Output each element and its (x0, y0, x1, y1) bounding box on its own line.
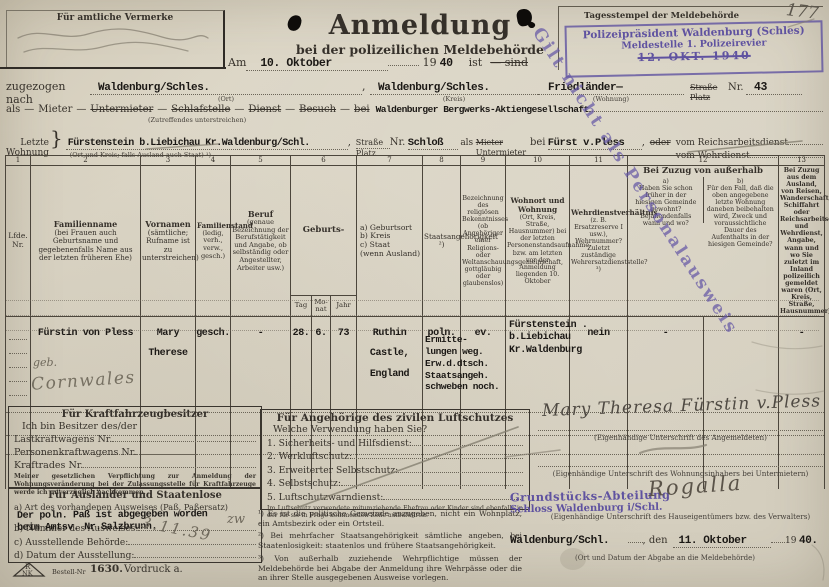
form-title: Anmeldung (285, 12, 555, 39)
owner-signature-caption: (Eigenhändige Unterschrift des Hauseigen… (538, 512, 823, 521)
registrant-signature-caption: (Eigenhändige Unterschrift des Angemelde… (538, 433, 823, 442)
air-raid-item-3: 3. Erweiterter Selbstschutz: (267, 465, 398, 476)
year-prefix-2: 19 (785, 536, 799, 546)
submission-date-value: 11. Oktober (673, 535, 771, 548)
move-date-value: 10. Oktober (246, 57, 388, 71)
comma: , (642, 137, 650, 148)
wohnung-caption: (Wohnung) (538, 95, 684, 103)
guide-line (6, 315, 819, 316)
order-number: 1630. (90, 563, 123, 575)
form-title-block: Anmeldung bei der polizeilichen Meldebeh… (285, 12, 555, 57)
als-label: als (6, 104, 20, 115)
footnote-2: ²) Bei mehrfacher Staatsangehörigkeit sä… (258, 531, 522, 550)
besuch-option-struck: Besuch (299, 104, 336, 115)
header-monat: Mo- nat (312, 295, 331, 316)
header-bekenntnis: Bezeichnung des religiösen Bekenntnisses… (461, 166, 506, 317)
signature-line (538, 466, 823, 467)
dienst-option-struck: Dienst (248, 104, 281, 115)
header-zuzug-b: b) Für den Fall, daß die oben angegebene… (703, 177, 778, 223)
platz-label: Platz (690, 93, 728, 103)
air-raid-item-4: 4. Selbstschutz: (267, 478, 341, 489)
handwritten-initials: zw (227, 512, 245, 527)
als2-label: als (458, 138, 476, 148)
issuing-authority-label: c) Ausstellende Behörde: (14, 538, 128, 548)
official-notes-box: Für amtliche Vermerke (6, 10, 225, 68)
daystamp-label: Tagesstempel der Meldebehörde (584, 11, 739, 21)
tenancy-line: als — Mieter — Untermieter — Schlafstell… (6, 104, 823, 115)
air-raid-item-5: 5. Luftschutzwarndienst: (267, 492, 383, 503)
underline-instruction: (Zutreffendes unterstreichen) (148, 116, 246, 124)
rnk-publisher-logo: R NK (12, 560, 46, 578)
vom-rad-label: vom Reichsarbeitsdienst (676, 137, 788, 150)
car-label: Personenkraftwagens Nr. (14, 447, 136, 458)
order-label: Bestell-Nr (52, 568, 86, 576)
header-vornamen: Vornamen(sämtliche; Rufname ist zu unter… (141, 166, 196, 317)
bei2-label: bei (528, 137, 548, 148)
header-tag: Tag (291, 295, 312, 316)
am-label: Am (228, 56, 246, 69)
house-number-value: 43 (746, 81, 802, 95)
ort-caption: (Ort) (90, 95, 362, 103)
header-beruf: Beruf(genaue Bezeichnung der Berufstätig… (231, 166, 291, 317)
new-kreis-field: Waldenburg/Schles. (Kreis) (370, 82, 538, 95)
new-place-value: Waldenburg/Schles. (90, 82, 362, 95)
column-number-row: 1 2 3 4 5 6 7 8 9 10 11 12 13 (6, 156, 825, 166)
header-ausland: Bei Zuzug aus dem Ausland, von Reisen, W… (779, 166, 825, 317)
strasse2-label: Straße (356, 138, 390, 149)
handwritten-page-number: 177 (785, 0, 820, 24)
truck-label: Lastkraftwagens Nr. (14, 434, 112, 445)
official-notes-label: Für amtliche Vermerke (7, 11, 223, 23)
vehicle-owner-box: Für Kraftfahrzeugbesitzer Ich bin Besitz… (8, 406, 262, 489)
form-subtitle: bei der polizeilichen Meldebehörde (285, 42, 555, 57)
header-wohnort: Wohnort und Wohnung(Ort, Kreis, Straße, … (506, 166, 570, 317)
last-address-value: Fürstenstein b.Liebichau Kr.Waldenburg/S… (66, 138, 348, 150)
year-prefix: 19 (423, 56, 437, 69)
untermieter-option-struck: Untermieter (90, 104, 153, 115)
bei-label-struck: bei (354, 104, 370, 115)
moved-to-label: zugezogen nach (6, 80, 90, 106)
header-geburts: Geburts- (291, 166, 357, 296)
air-raid-item-1: 1. Sicherheits- und Hilfsdienst: (267, 438, 412, 449)
form-variant-label: Vordruck a. (124, 564, 183, 575)
submission-place-date-line: Waldenburg/Schl. , den 11. Oktober 19 40… (510, 535, 823, 548)
new-kreis-value: Waldenburg/Schles. (370, 82, 538, 95)
registration-date-line: Am 10. Oktober 19 40 ist — sind (228, 56, 528, 71)
header-familienstand: Familienstand(ledig, verh., verw., gesch… (196, 166, 231, 317)
air-raid-question: Welche Verwendung haben Sie? (273, 424, 523, 435)
nr-label: Nr. (728, 82, 746, 93)
paper-smudge (560, 548, 586, 570)
last-street-value: Schloß (408, 137, 458, 150)
footnote-1: ¹) Es ist die politische Gemeinde anzuge… (258, 509, 522, 528)
top-rule (558, 6, 823, 7)
official-notes-box-bottom-rule (0, 67, 226, 69)
schlafstelle-option-struck: Schlafstelle (171, 104, 230, 115)
nr2-label: Nr. (390, 137, 408, 148)
manager-signature: Rogalla (647, 471, 743, 502)
mieter2-struck: Mieter (476, 138, 528, 148)
header-staatsangehoerigkeit: Staatsangehörigkeit ²) (423, 166, 461, 317)
footnotes: ¹) Es ist die politische Gemeinde anzuge… (258, 509, 522, 586)
strasse-label: Straße (690, 83, 728, 93)
moved-to-line: zugezogen nach Waldenburg/Schles. (Ort) … (6, 80, 823, 106)
brace-glyph: } (50, 126, 63, 150)
submission-place-value: Waldenburg/Schl. (510, 535, 628, 547)
new-landlord-value: Waldenburger Bergwerks-Aktiengesellschaf… (376, 104, 589, 115)
motorcycle-label: Kraftrades Nr. (14, 460, 83, 471)
guide-line (6, 300, 819, 301)
air-raid-title: Für Angehörige des zivilen Luftschutzes (267, 412, 523, 424)
ist-label: ist (469, 56, 483, 69)
air-raid-box: Für Angehörige des zivilen Luftschutzes … (260, 409, 530, 510)
handwritten-maiden-name: Cornwales (30, 368, 140, 396)
signature-line (538, 430, 823, 431)
footnote-3: ³) Von außerhalb zuziehende Wehrpflichti… (258, 554, 522, 583)
police-stamp: Polizeipräsident Waldenburg (Schles) Mel… (564, 20, 823, 77)
svg-text:NK: NK (22, 570, 33, 578)
kreis-caption: (Kreis) (370, 95, 538, 103)
mieter-option: Mieter (38, 104, 72, 115)
strasse-platz-labels: Straße Platz (690, 83, 728, 102)
header-familienname: Familienname(bei Frauen auch Geburtsname… (31, 166, 141, 317)
header-jahr: Jahr (331, 295, 357, 316)
last-address-field: Fürstenstein b.Liebichau Kr.Waldenburg/S… (66, 138, 348, 150)
sind-label-struck: — sind (490, 56, 528, 69)
new-place-field: Waldenburg/Schles. (Ort) (90, 82, 362, 95)
foreigner-box-title: Für Ausländer und Staatenlose (14, 490, 256, 501)
submission-year-value: 40. (799, 535, 823, 547)
anmeldung-registration-form: Für amtliche Vermerke Anmeldung bei der … (0, 0, 829, 587)
guide-line (6, 330, 819, 331)
header-geburtsort: a) Geburtsort b) Kreis c) Staat (wenn Au… (357, 166, 423, 317)
vehicle-box-title: Für Kraftfahrzeugbesitzer (14, 409, 256, 420)
oder-label-struck: oder (650, 138, 676, 148)
air-raid-item-2: 2. Werkluftschutz: (267, 451, 352, 462)
header-lfde-nr: Lfde. Nr. (6, 166, 31, 317)
year-value: 40 (440, 57, 453, 70)
last-landlord-value: Fürst v.Pless (548, 137, 642, 150)
vehicle-intro: Ich bin Besitzer des/der (22, 421, 256, 432)
header-wehrdienst: Wehrdienstverhältnis(z. B. Ersatzreserve… (570, 166, 628, 317)
den-label: , den (643, 535, 673, 546)
foreigner-box: Für Ausländer und Staatenlose a) Art des… (8, 487, 262, 563)
